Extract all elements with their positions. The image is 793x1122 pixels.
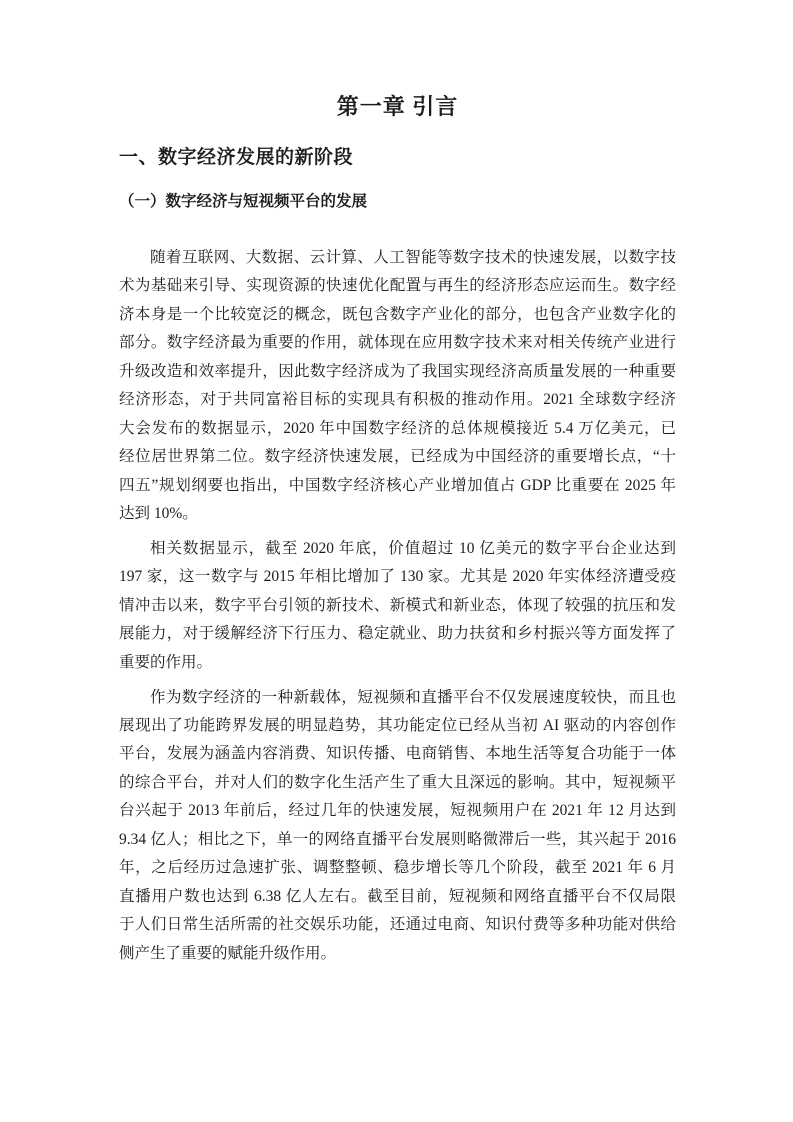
text-line: 随着互联网、大数据、云计算、人工智能等数字技术的快速发展，以数字技 <box>119 244 676 272</box>
text-line: 相关数据显示，截至 2020 年底，价值超过 10 亿美元的数字平台企业达到 <box>119 535 676 563</box>
text-line: 展现出了功能跨界发展的明显趋势，其功能定位已经从当初 AI 驱动的内容创作 <box>119 712 676 740</box>
paragraph: 相关数据显示，截至 2020 年底，价值超过 10 亿美元的数字平台企业达到19… <box>119 535 676 677</box>
text-line: 升级改造和效率提升，因此数字经济成为了我国实现经济高质量发展的一种重要 <box>119 358 676 386</box>
text-line: 台兴起于 2013 年前后，经过几年的快速发展，短视频用户在 2021 年 12… <box>119 797 676 825</box>
text-line: 展能力，对于缓解经济下行压力、稳定就业、助力扶贫和乡村振兴等方面发挥了 <box>119 620 676 648</box>
chapter-title: 第一章 引言 <box>119 95 676 119</box>
text-line: 情冲击以来，数字平台引领的新技术、新模式和新业态，体现了较强的抗压和发 <box>119 592 676 620</box>
section-heading: 一、数字经济发展的新阶段 <box>119 147 676 168</box>
text-line: 术为基础来引导、实现资源的快速优化配置与再生的经济形态应运而生。数字经 <box>119 272 676 300</box>
paragraph: 随着互联网、大数据、云计算、人工智能等数字技术的快速发展，以数字技术为基础来引导… <box>119 244 676 528</box>
text-line: 197 家，这一数字与 2015 年相比增加了 130 家。尤其是 2020 年… <box>119 563 676 591</box>
text-line: 作为数字经济的一种新载体，短视频和直播平台不仅发展速度较快，而且也 <box>119 684 676 712</box>
text-line: 四五”规划纲要也指出，中国数字经济核心产业增加值占 GDP 比重要在 2025 … <box>119 472 676 500</box>
text-line: 平台，发展为涵盖内容消费、知识传播、电商销售、本地生活等复合功能于一体 <box>119 740 676 768</box>
document-page: 第一章 引言 一、数字经济发展的新阶段 （一）数字经济与短视频平台的发展 随着互… <box>0 0 793 1122</box>
text-line: 济本身是一个比较宽泛的概念，既包含数字产业化的部分，也包含产业数字化的 <box>119 301 676 329</box>
text-line: 部分。数字经济最为重要的作用，就体现在应用数字技术来对相关传统产业进行 <box>119 329 676 357</box>
text-line: 达到 10%。 <box>119 500 676 528</box>
subsection-heading: （一）数字经济与短视频平台的发展 <box>119 193 676 211</box>
body-text: 随着互联网、大数据、云计算、人工智能等数字技术的快速发展，以数字技术为基础来引导… <box>119 244 676 968</box>
text-line: 侧产生了重要的赋能升级作用。 <box>119 940 676 968</box>
text-line: 直播用户数也达到 6.38 亿人左右。截至目前，短视频和网络直播平台不仅局限 <box>119 883 676 911</box>
paragraph: 作为数字经济的一种新载体，短视频和直播平台不仅发展速度较快，而且也展现出了功能跨… <box>119 684 676 968</box>
text-line: 的综合平台，并对人们的数字化生活产生了重大且深远的影响。其中，短视频平 <box>119 769 676 797</box>
text-line: 年，之后经历过急速扩张、调整整顿、稳步增长等几个阶段，截至 2021 年 6 月 <box>119 854 676 882</box>
text-line: 于人们日常生活所需的社交娱乐功能，还通过电商、知识付费等多种功能对供给 <box>119 911 676 939</box>
text-line: 大会发布的数据显示，2020 年中国数字经济的总体规模接近 5.4 万亿美元，已 <box>119 415 676 443</box>
text-line: 经济形态，对于共同富裕目标的实现具有积极的推动作用。2021 全球数字经济 <box>119 386 676 414</box>
text-line: 经位居世界第二位。数字经济快速发展，已经成为中国经济的重要增长点，“十 <box>119 443 676 471</box>
text-line: 9.34 亿人；相比之下，单一的网络直播平台发展则略微滞后一些，其兴起于 201… <box>119 826 676 854</box>
text-line: 重要的作用。 <box>119 649 676 677</box>
